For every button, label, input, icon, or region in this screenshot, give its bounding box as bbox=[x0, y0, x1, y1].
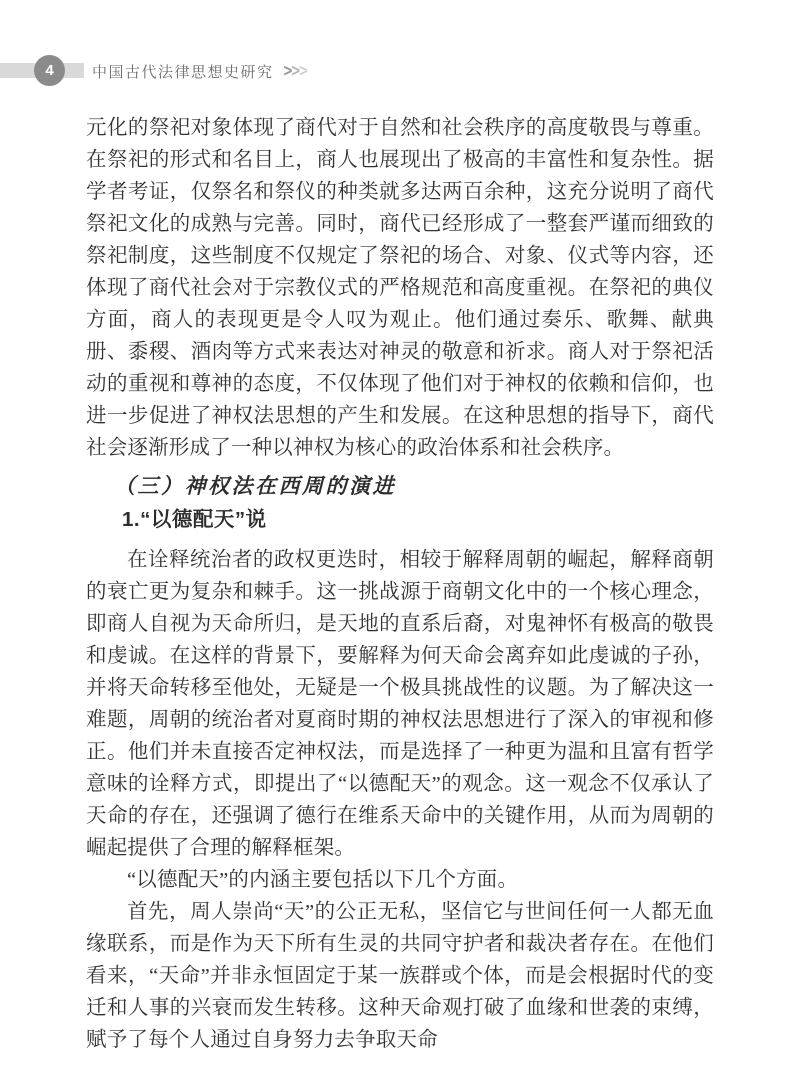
chevrons-icon: > > > bbox=[284, 64, 307, 79]
paragraph: “以德配天”的内涵主要包括以下几个方面。 bbox=[86, 864, 714, 896]
page-body: 元化的祭祀对象体现了商代对于自然和社会秩序的高度敬畏与尊重。在祭祀的形式和名目上… bbox=[86, 112, 714, 1056]
page-number: 4 bbox=[45, 62, 53, 79]
book-title: 中国古代法律思想史研究 bbox=[92, 61, 274, 82]
sub-section-heading: 1.“以德配天”说 bbox=[86, 504, 714, 536]
paragraph-continuation: 元化的祭祀对象体现了商代对于自然和社会秩序的高度敬畏与尊重。在祭祀的形式和名目上… bbox=[86, 112, 714, 464]
page-number-badge: 4 bbox=[34, 55, 65, 86]
paragraph: 首先，周人崇尚“天”的公正无私，坚信它与世间任何一人都无血缘联系，而是作为天下所… bbox=[86, 896, 714, 1056]
section-heading: （三）神权法在西周的演进 bbox=[86, 470, 714, 502]
paragraph: 在诠释统治者的政权更迭时，相较于解释周朝的崛起，解释商朝的衰亡更为复杂和棘手。这… bbox=[86, 544, 714, 864]
chevron-right-icon: > bbox=[299, 63, 308, 80]
running-header-title: 中国古代法律思想史研究 > > > bbox=[92, 61, 307, 82]
